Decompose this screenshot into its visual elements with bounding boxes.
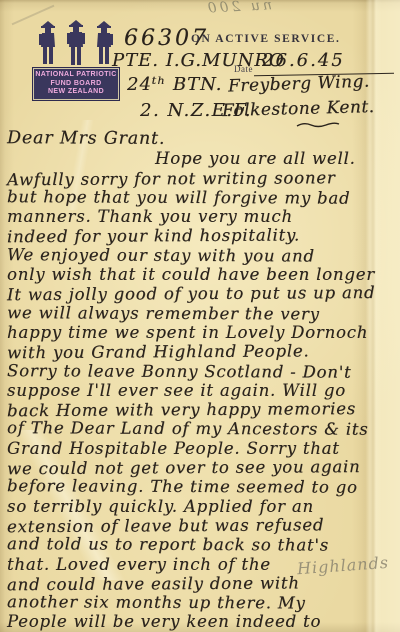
handwriting-line: before leaving. The time seemed to go xyxy=(7,476,399,497)
logo-line-2: FUND BOARD xyxy=(34,80,118,89)
handwriting-line: we will always remember the very xyxy=(7,303,399,324)
battalion-line: 24ᵗʰ BTN. xyxy=(127,74,222,95)
handwriting-line: People will be very keen indeed to xyxy=(7,612,399,631)
salutation-line: Dear Mrs Grant. xyxy=(7,129,399,150)
handwriting-line: with you Grand Highland People. xyxy=(7,341,399,363)
national-patriotic-fund-logo: NATIONAL PATRIOTIC FUND BOARD NEW ZEALAN… xyxy=(32,20,120,101)
handwriting-line: of The Dear Land of my Ancestors & its xyxy=(7,419,399,440)
handwriting-line: back Home with very happy memories xyxy=(7,399,399,421)
soldier-name: PTE. I.G.MUNRO xyxy=(112,50,285,71)
kent-underline-flourish xyxy=(296,121,340,129)
scanned-letter-page: nu 200 xyxy=(0,0,400,632)
handwriting-line: Hope you are all well. xyxy=(7,149,399,168)
three-soldiers-icon xyxy=(34,20,118,66)
date-label: Date xyxy=(234,64,253,74)
handwriting-line: suppose I'll ever see it again. Will go xyxy=(7,381,399,400)
handwriting-line: and told us to report back so that's xyxy=(7,534,399,555)
handwriting-line: Sorry to leave Bonny Scotland - Don't xyxy=(7,361,399,382)
logo-line-3: NEW ZEALAND xyxy=(34,88,118,97)
on-active-service-heading: ON ACTIVE SERVICE. xyxy=(191,33,341,45)
location-line: Folkestone Kent. xyxy=(222,97,375,121)
handwriting-line: only wish that it could have been longer xyxy=(7,265,399,284)
handwriting-line: manners. Thank you very much xyxy=(7,207,399,226)
handwriting-line: we could not get over to see you again xyxy=(7,457,399,479)
handwriting-line: indeed for your kind hospitality. xyxy=(7,225,399,247)
handwriting-line: happy time we spent in Lovely Dornoch xyxy=(7,323,399,342)
handwriting-line: extension of leave but was refused xyxy=(7,515,399,537)
handwriting-line: so terribly quickly. Applied for an xyxy=(7,497,399,516)
handwriting-line: It was jolly good of you to put us up an… xyxy=(7,283,399,305)
handwriting-line: and could have easily done with xyxy=(7,573,399,595)
wing-line: Freyberg Wing. xyxy=(228,72,370,97)
handwriting-line: another six months up there. My xyxy=(7,592,399,613)
handwriting-line: but hope that you will forgive my bad xyxy=(7,187,399,208)
logo-line-1: NATIONAL PATRIOTIC xyxy=(34,71,118,80)
handwriting-line: We enjoyed our stay with you and xyxy=(7,245,399,266)
handwriting-line: Awfully sorry for not writing sooner xyxy=(7,167,399,189)
logo-text-box: NATIONAL PATRIOTIC FUND BOARD NEW ZEALAN… xyxy=(32,67,120,101)
date-value: 26.6.45 xyxy=(262,50,345,71)
handwriting-line: Grand Hospitable People. Sorry that xyxy=(7,439,399,458)
